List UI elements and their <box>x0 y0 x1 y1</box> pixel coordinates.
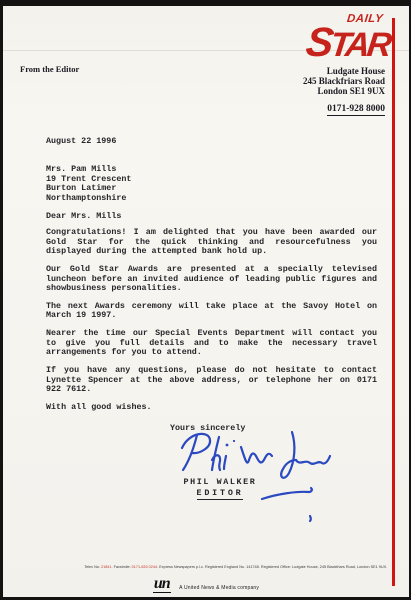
paragraph-line: March 19 1997. <box>46 311 377 320</box>
daily-star-logo: DAILY STAR <box>284 14 389 59</box>
paragraph: Congratulations! I am delighted that you… <box>46 228 377 256</box>
paragraph: Our Gold Star Awards are presented at a … <box>46 265 377 293</box>
letter-paper: From the Editor DAILY STAR Ludgate House… <box>3 6 409 597</box>
signature-block: PHIL WALKER EDITOR <box>181 477 259 500</box>
red-vertical-rule <box>392 18 395 586</box>
text-line: Northamptonshire <box>46 194 377 203</box>
letterhead-phone: 0171-928 8000 <box>327 104 385 116</box>
fine-print-segment: . Facsimile: <box>112 565 132 569</box>
paragraph: Nearer the time our Special Events Depar… <box>46 329 377 357</box>
letter-body: August 22 1996 Mrs. Pam Mills19 Trent Cr… <box>46 137 377 421</box>
text-line: Ludgate House <box>303 66 385 76</box>
paragraph-line: showbusiness personalities. <box>46 284 377 293</box>
signer-title: EDITOR <box>197 488 244 500</box>
paragraphs-container: Congratulations! I am delighted that you… <box>46 228 377 412</box>
text-line: London SE1 9UX <box>303 86 385 96</box>
signer-name: PHIL WALKER <box>181 477 259 488</box>
from-the-editor-label: From the Editor <box>20 64 79 74</box>
registration-fine-print: Telex No: 21841. Facsimile: 0171-633 024… <box>84 565 328 569</box>
facsimile-number: 0171-633 0244 <box>132 565 157 569</box>
paragraph-line: With all good wishes. <box>46 403 377 412</box>
telex-number: 21841 <box>101 565 112 569</box>
logo-star-rest: TAR <box>328 26 391 64</box>
recipient-address: Mrs. Pam Mills19 Trent CrescentBurton La… <box>46 165 377 203</box>
text-line: 245 Blackfriars Road <box>303 76 385 86</box>
scanned-letter-photo: From the Editor DAILY STAR Ludgate House… <box>0 0 411 600</box>
company-tagline: A United News & Media company <box>179 585 259 593</box>
company-logo-row: un A United News & Media company <box>3 575 409 593</box>
logo-star-text: STAR <box>282 26 391 60</box>
paragraph-line: arrangements for you to attend. <box>46 348 377 357</box>
paragraph-line: 922 7612. <box>46 385 377 394</box>
letter-date: August 22 1996 <box>46 137 377 146</box>
united-news-logo: un <box>153 577 171 593</box>
paragraph: The next Awards ceremony will take place… <box>46 302 377 321</box>
paragraph: With all good wishes. <box>46 403 377 412</box>
salutation: Dear Mrs. Mills <box>46 212 377 221</box>
paragraph: If you have any questions, please do not… <box>46 366 377 394</box>
letterhead-address: Ludgate House245 Blackfriars RoadLondon … <box>303 66 385 96</box>
paragraph-line: displayed during the attempted bank hold… <box>46 247 377 256</box>
paragraph-line: Lynette Spencer at the above address, or… <box>46 376 377 385</box>
fine-print-segment: . Express Newspapers p.l.c. Registered E… <box>157 565 387 569</box>
fine-print-segment: Telex No: <box>84 565 101 569</box>
